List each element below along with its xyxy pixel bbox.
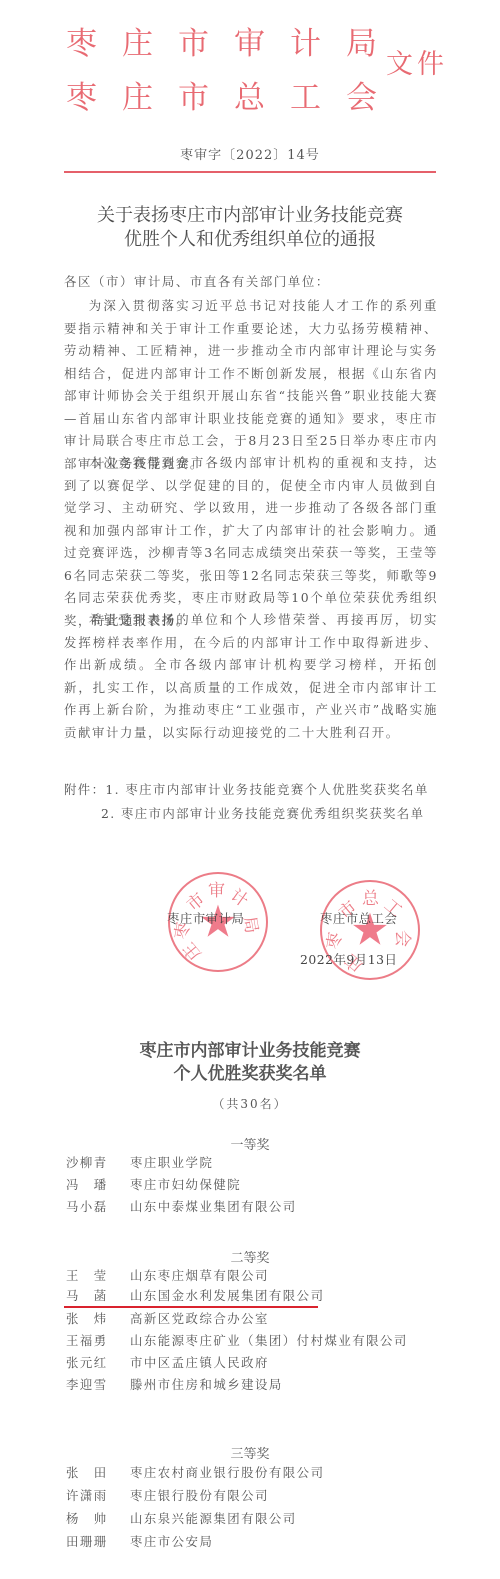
attachment-2: 2. 枣庄市内部审计业务技能竞赛优秀组织奖获奖名单 (101, 804, 424, 822)
seal-char: 总 (362, 884, 379, 909)
winner-org: 枣庄市公安局 (130, 1534, 213, 1549)
letterhead-line-1: 枣庄市审计局 (66, 18, 402, 63)
winner-name: 马 菡 (66, 1285, 130, 1307)
winner-org: 山东能源枣庄矿业（集团）付村煤业有限公司 (130, 1333, 408, 1348)
winner-name: 李迎雪 (66, 1374, 130, 1396)
winner-org: 山东国金水利发展集团有限公司 (130, 1288, 324, 1303)
letterhead-char: 庄 (122, 18, 178, 63)
award-count: （共30名） (0, 1095, 500, 1112)
winner-org: 高新区党政综合办公室 (130, 1311, 269, 1326)
seal-char: 审 (208, 876, 225, 901)
list-item: 张 田枣庄农村商业银行股份有限公司 (66, 1462, 324, 1484)
winner-name: 杨 帅 (66, 1508, 130, 1530)
tier-second-prize: 二等奖 (0, 1247, 500, 1266)
letterhead-char: 枣 (66, 18, 122, 63)
winner-org: 枣庄市妇幼保健院 (130, 1177, 241, 1192)
winner-name: 马小磊 (66, 1196, 130, 1218)
list-item: 田珊珊枣庄市公安局 (66, 1531, 213, 1553)
letterhead-char: 庄 (122, 72, 178, 117)
list-item: 沙柳青枣庄职业学院 (66, 1152, 213, 1174)
attachment-1-text: 1. 枣庄市内部审计业务技能竞赛个人优胜奖获奖名单 (105, 782, 428, 797)
paragraph-3: 希望受到表扬的单位和个人珍惜荣誉、再接再厉，切实发挥榜样表率作用，在今后的内部审… (64, 609, 438, 744)
winner-name: 许潇雨 (66, 1485, 130, 1507)
notice-title-line-2: 优胜个人和优秀组织单位的通报 (0, 228, 500, 252)
list-item: 王福勇山东能源枣庄矿业（集团）付村煤业有限公司 (66, 1330, 408, 1352)
paragraph-1: 为深入贯彻落实习近平总书记对技能人才工作的系列重要指示精神和关于审计工作重要论述… (64, 295, 438, 475)
list-item: 王 莹山东枣庄烟草有限公司 (66, 1265, 269, 1287)
seal-char: 枣 (319, 930, 347, 951)
letterhead-char: 工 (290, 72, 346, 117)
winner-name: 冯 璠 (66, 1174, 130, 1196)
winner-name: 王 莹 (66, 1265, 130, 1287)
list-item: 张 炜高新区党政综合办公室 (66, 1308, 269, 1330)
paragraph-2: 本次竞赛得到全市各级内部审计机构的重视和支持，达到了以赛促学、以学促建的目的，促… (64, 452, 438, 632)
list-title-line-1: 枣庄市内部审计业务技能竞赛 (0, 1040, 500, 1063)
salutation: 各区（市）审计局、市直各有关部门单位： (64, 272, 330, 290)
letterhead-char: 审 (234, 18, 290, 63)
list-item: 冯 璠枣庄市妇幼保健院 (66, 1174, 241, 1196)
winner-name: 张 田 (66, 1462, 130, 1484)
list-item: 马小磊山东中泰煤业集团有限公司 (66, 1196, 297, 1218)
letterhead-char: 市 (178, 72, 234, 117)
winner-org: 山东泉兴能源集团有限公司 (130, 1511, 297, 1526)
list-item: 李迎雪滕州市住房和城乡建设局 (66, 1374, 283, 1396)
winner-org: 枣庄农村商业银行股份有限公司 (130, 1465, 324, 1480)
winner-org: 枣庄银行股份有限公司 (130, 1488, 269, 1503)
letterhead-char: 总 (234, 72, 290, 117)
letterhead-char: 计 (290, 18, 346, 63)
letterhead-suffix: 文件 (386, 42, 448, 81)
letterhead-char: 市 (178, 18, 234, 63)
seal-char: 会 (392, 930, 417, 947)
signature-audit-bureau: 枣庄市审计局 (167, 909, 244, 927)
list-title-line-2: 个人优胜奖获奖名单 (0, 1063, 500, 1086)
notice-title-line-1: 关于表扬枣庄市内部审计业务技能竞赛 (0, 204, 500, 228)
attachment-2-text: 2. 枣庄市内部审计业务技能竞赛优秀组织奖获奖名单 (101, 806, 424, 821)
winner-name: 张元红 (66, 1352, 130, 1374)
list-item: 许潇雨枣庄银行股份有限公司 (66, 1485, 269, 1507)
tier-first-prize: 一等奖 (0, 1134, 500, 1153)
issue-date: 2022年9月13日 (300, 950, 397, 968)
red-divider (64, 171, 436, 173)
document-number: 枣审字〔2022〕14号 (0, 144, 500, 163)
winner-name: 沙柳青 (66, 1152, 130, 1174)
winner-org: 山东枣庄烟草有限公司 (130, 1268, 269, 1283)
winner-name: 田珊珊 (66, 1531, 130, 1553)
list-item: 张元红市中区孟庄镇人民政府 (66, 1352, 269, 1374)
tier-third-prize: 三等奖 (0, 1443, 500, 1462)
list-item-highlighted: 马 菡山东国金水利发展集团有限公司 (66, 1285, 324, 1307)
list-item: 杨 帅山东泉兴能源集团有限公司 (66, 1508, 297, 1530)
winner-org: 枣庄职业学院 (130, 1155, 213, 1170)
attachments-label: 附件： (64, 782, 105, 797)
winner-name: 王福勇 (66, 1330, 130, 1352)
letterhead-char: 枣 (66, 72, 122, 117)
letterhead-line-2: 枣庄市总工会 (66, 72, 402, 117)
attachment-1: 附件：1. 枣庄市内部审计业务技能竞赛个人优胜奖获奖名单 (64, 780, 429, 798)
winner-name: 张 炜 (66, 1308, 130, 1330)
winner-org: 山东中泰煤业集团有限公司 (130, 1199, 297, 1214)
winner-org: 市中区孟庄镇人民政府 (130, 1355, 269, 1370)
signature-trade-union: 枣庄市总工会 (320, 909, 397, 927)
winner-org: 滕州市住房和城乡建设局 (130, 1377, 283, 1392)
